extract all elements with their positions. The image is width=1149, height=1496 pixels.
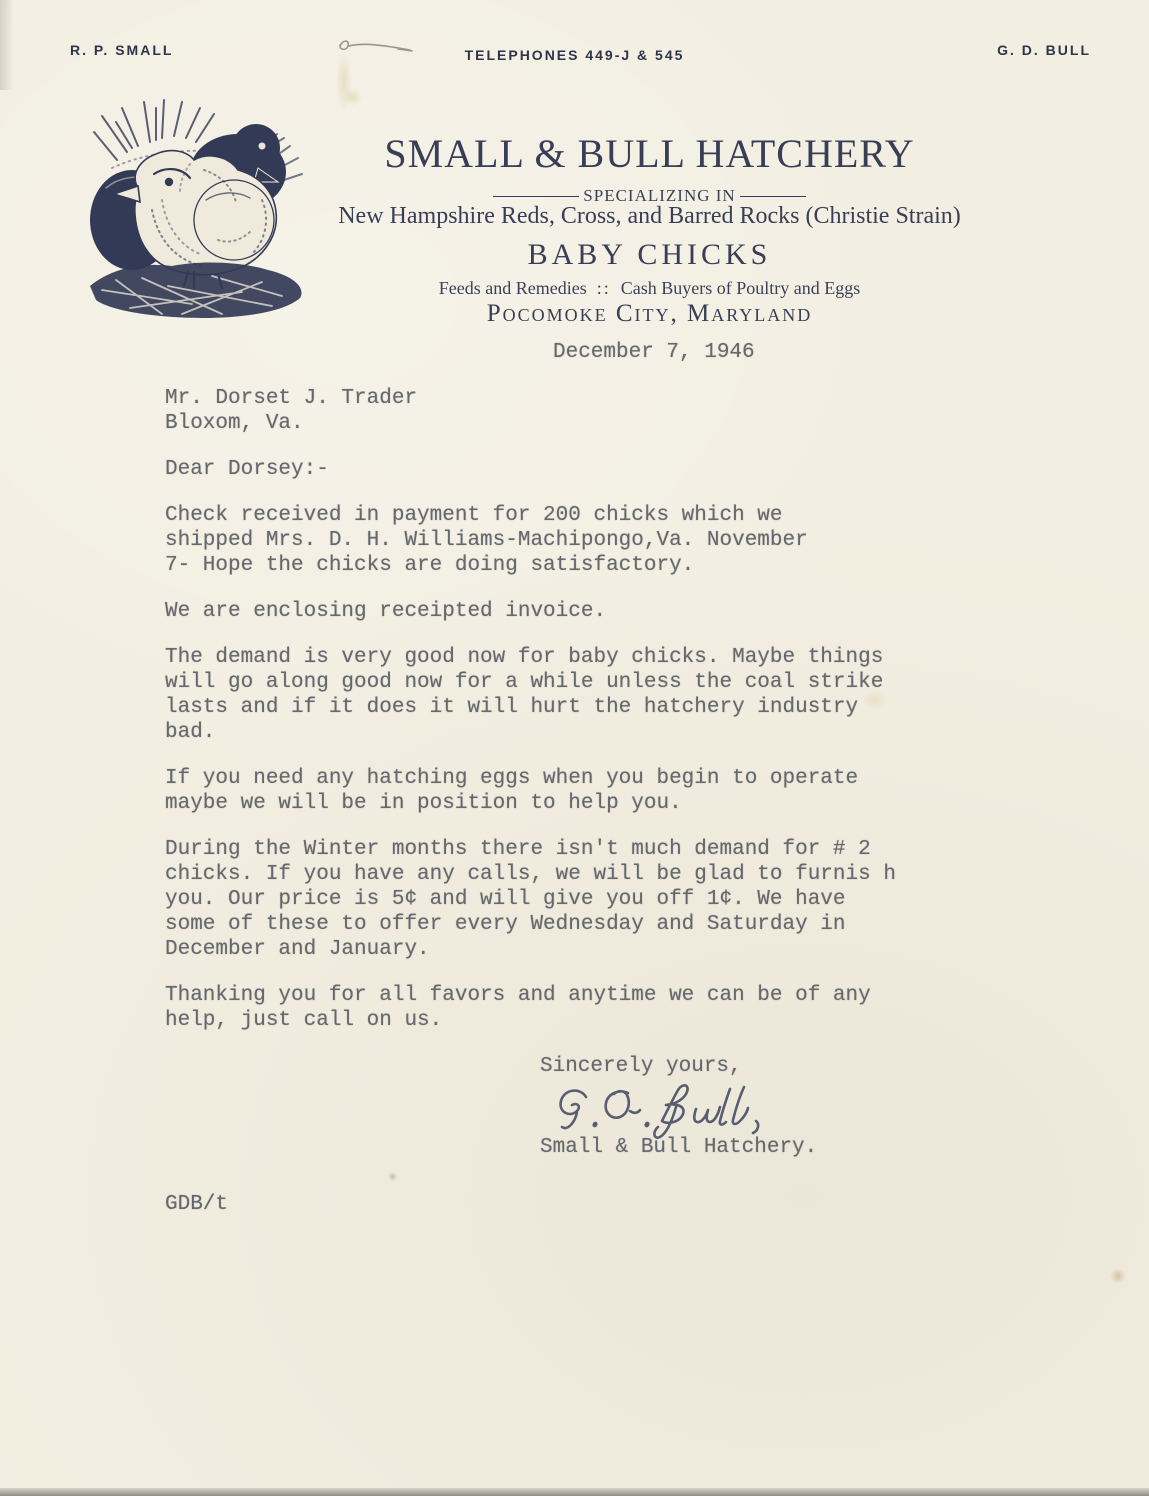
letter-body: December 7, 1946 Mr. Dorset J. Trader Bl… <box>165 340 1095 1238</box>
owner-left-name: R. P. SMALL <box>70 42 173 58</box>
company-name: SMALL & BULL HATCHERY <box>150 130 1149 177</box>
paragraph-4: If you need any hatching eggs when you b… <box>165 766 1095 816</box>
recipient-city: Bloxom, Va. <box>165 411 1095 436</box>
paragraph-6: Thanking you for all favors and anytime … <box>165 983 1095 1033</box>
paper-stain <box>344 88 362 106</box>
letterhead-scan: R. P. SMALL TELEPHONES 449-J & 545 G. D.… <box>0 0 1149 1496</box>
paper-stain <box>1110 1268 1126 1284</box>
typist-initials: GDB/t <box>165 1192 1095 1217</box>
handwritten-signature <box>550 1081 800 1139</box>
products-line: New Hampshire Reds, Cross, and Barred Ro… <box>150 203 1149 230</box>
rule-right <box>740 196 806 197</box>
paragraph-2: We are enclosing receipted invoice. <box>165 599 1095 624</box>
product-type-line: BABY CHICKS <box>150 238 1149 272</box>
services-line: Feeds and Remedies::Cash Buyers of Poult… <box>150 278 1149 299</box>
services-left: Feeds and Remedies <box>439 278 587 298</box>
date-line: December 7, 1946 <box>553 340 1095 365</box>
telephones-line: TELEPHONES 449-J & 545 <box>465 47 685 63</box>
top-row: R. P. SMALL TELEPHONES 449-J & 545 G. D.… <box>0 42 1149 58</box>
paragraph-1: Check received in payment for 200 chicks… <box>165 503 1095 578</box>
paragraph-5: During the Winter months there isn't muc… <box>165 837 1095 962</box>
scan-edge-shade <box>0 0 14 90</box>
location-line: Pocomoke City, Maryland <box>150 300 1149 328</box>
services-right: Cash Buyers of Poultry and Eggs <box>621 278 860 298</box>
scan-bottom-edge <box>0 1488 1149 1496</box>
recipient-name: Mr. Dorset J. Trader <box>165 386 1095 411</box>
owner-right-name: G. D. BULL <box>997 42 1091 58</box>
salutation: Dear Dorsey:- <box>165 457 1095 482</box>
rule-left <box>493 196 579 197</box>
signature-company: Small & Bull Hatchery. <box>540 1135 1095 1160</box>
pencil-mark <box>334 34 424 58</box>
paper-stain <box>336 50 352 114</box>
paragraph-3: The demand is very good now for baby chi… <box>165 645 1095 745</box>
services-separator: :: <box>587 278 621 298</box>
recipient-block: Mr. Dorset J. Trader Bloxom, Va. <box>165 386 1095 436</box>
closing-line: Sincerely yours, <box>540 1054 1095 1079</box>
closing-block: Sincerely yours, Small & Bull Hatchery. <box>540 1054 1095 1160</box>
